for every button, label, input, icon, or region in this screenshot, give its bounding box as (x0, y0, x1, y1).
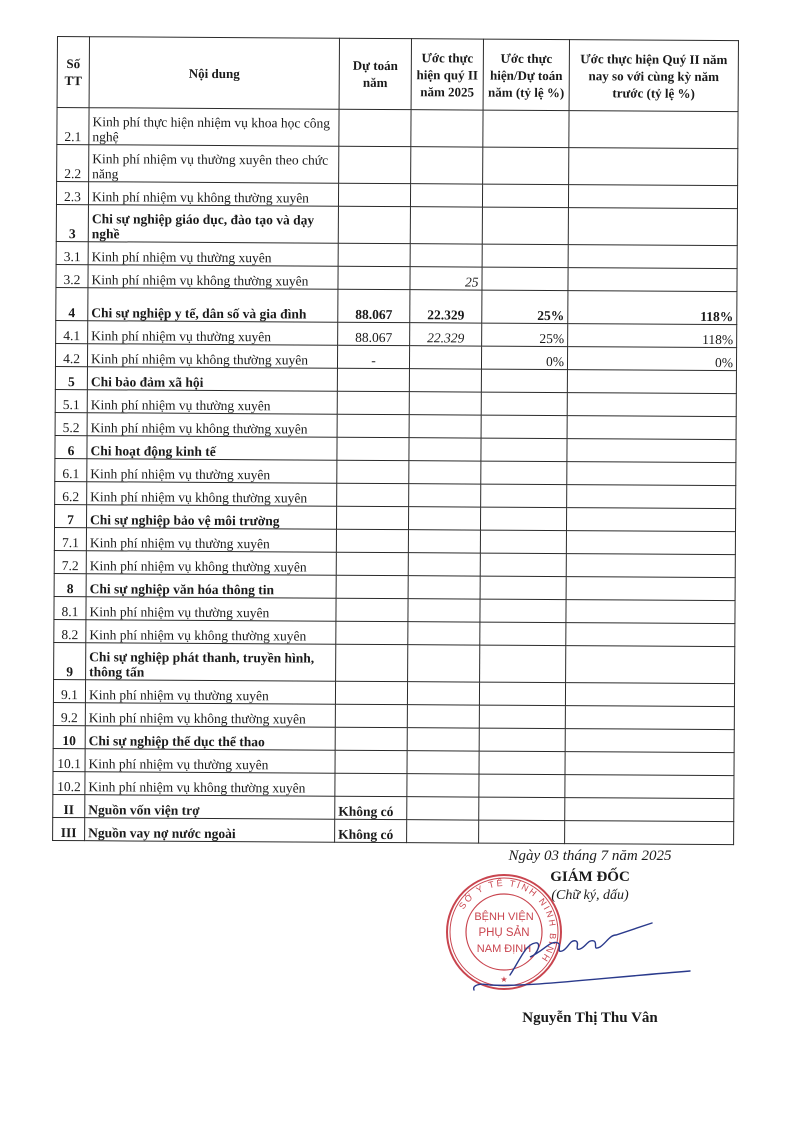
row-content: Kinh phí nhiệm vụ không thường xuyên (87, 482, 337, 507)
table-row: 7.2Kinh phí nhiệm vụ không thường xuyên (54, 550, 735, 577)
cung-ky-value (567, 393, 736, 417)
table-row: 9.2Kinh phí nhiệm vụ không thường xuyên (53, 702, 734, 729)
table-row: 2.2Kinh phí nhiệm vụ thường xuyên theo c… (57, 145, 738, 186)
row-content: Chi sự nghiệp giáo dục, đào tạo và dạy n… (88, 205, 338, 244)
ty-le-value (481, 415, 567, 439)
uoc-thuc-hien-value (408, 622, 480, 645)
du-toan-value: 88.067 (338, 289, 410, 322)
ty-le-value (479, 774, 565, 798)
row-content: Kinh phí thực hiện nhiệm vụ khoa học côn… (89, 108, 339, 147)
ty-le-value (479, 728, 565, 752)
table-row: 4.1Kinh phí nhiệm vụ thường xuyên88.0672… (56, 320, 737, 347)
cung-ky-value (565, 821, 734, 845)
uoc-thuc-hien-value (411, 147, 483, 184)
du-toan-value (336, 598, 408, 621)
row-number: II (53, 794, 85, 817)
uoc-thuc-hien-value (407, 682, 479, 705)
signer-name: Nguyễn Thị Thu Vân (460, 1010, 720, 1027)
ty-le-value (480, 507, 566, 531)
uoc-thuc-hien-value (408, 530, 480, 553)
row-number: 5.2 (55, 412, 87, 435)
row-content: Kinh phí nhiệm vụ thường xuyên (88, 321, 338, 346)
cung-ky-value (565, 729, 734, 753)
uoc-thuc-hien-value (410, 207, 482, 244)
du-toan-value (338, 183, 410, 206)
uoc-thuc-hien-value (409, 415, 481, 438)
row-content: Chi sự nghiệp thể dục thể thao (85, 726, 335, 751)
row-number: 6.2 (55, 481, 87, 504)
du-toan-value (335, 750, 407, 773)
cung-ky-value (566, 577, 735, 601)
row-number: 9.2 (53, 702, 85, 725)
row-number: 4 (56, 287, 88, 320)
budget-table: Số TT Nội dung Dự toán năm Ước thực hiện… (52, 36, 739, 845)
row-content: Chi sự nghiệp văn hóa thông tin (86, 574, 336, 599)
cung-ky-value: 118% (568, 324, 737, 348)
cung-ky-value (567, 462, 736, 486)
row-content: Kinh phí nhiệm vụ thường xuyên (85, 680, 335, 705)
signature-note: (Chữ ký, dấu) (460, 888, 720, 904)
du-toan-value (339, 109, 411, 146)
table-row: 5.1Kinh phí nhiệm vụ thường xuyên (55, 389, 736, 416)
du-toan-value: 88.067 (338, 322, 410, 345)
cung-ky-value: 0% (567, 347, 736, 371)
row-number: 4.1 (56, 320, 88, 343)
cung-ky-value (566, 623, 735, 647)
cung-ky-value (567, 370, 736, 394)
du-toan-value (337, 368, 409, 391)
row-content: Chi sự nghiệp bảo vệ môi trường (86, 505, 336, 530)
table-row: IINguồn vốn viện trợKhông có (53, 794, 734, 821)
cung-ky-value (566, 646, 735, 684)
table-row: 2.1Kinh phí thực hiện nhiệm vụ khoa học … (57, 108, 738, 149)
row-content: Chi sự nghiệp phát thanh, truyền hình, t… (86, 643, 336, 682)
header-du-toan: Dự toán năm (339, 38, 411, 109)
row-content: Kinh phí nhiệm vụ không thường xuyên (86, 551, 336, 576)
row-number: III (53, 817, 85, 840)
table-row: 8Chi sự nghiệp văn hóa thông tin (54, 573, 735, 600)
du-toan-value (335, 704, 407, 727)
row-number: 6 (55, 435, 87, 458)
cung-ky-value (569, 111, 738, 149)
ty-le-value (483, 110, 569, 148)
row-number: 9.1 (53, 679, 85, 702)
ty-le-value (480, 530, 566, 554)
row-content: Kinh phí nhiệm vụ không thường xuyên (87, 413, 337, 438)
uoc-thuc-hien-value (408, 507, 480, 530)
cung-ky-value: 118% (568, 291, 737, 325)
ty-le-value (481, 461, 567, 485)
cung-ky-value (566, 531, 735, 555)
ty-le-value (482, 267, 568, 291)
header-so-cung-ky: Ước thực hiện Quý II năm nay so với cùng… (569, 40, 738, 112)
document-page: Số TT Nội dung Dự toán năm Ước thực hiện… (0, 0, 795, 1123)
table-row: 8.1Kinh phí nhiệm vụ thường xuyên (54, 596, 735, 623)
table-row: 3Chi sự nghiệp giáo dục, đào tạo và dạy … (56, 204, 737, 245)
uoc-thuc-hien-value (409, 438, 481, 461)
ty-le-value (482, 184, 568, 208)
row-number: 8 (54, 573, 86, 596)
ty-le-value (482, 207, 568, 245)
uoc-thuc-hien-value (408, 553, 480, 576)
cung-ky-value (569, 148, 738, 186)
row-number: 10.1 (53, 748, 85, 771)
row-content: Kinh phí nhiệm vụ thường xuyên (88, 242, 338, 267)
cung-ky-value (567, 485, 736, 509)
uoc-thuc-hien-value (409, 484, 481, 507)
uoc-thuc-hien-value: 25 (410, 267, 482, 290)
row-content: Nguồn vay nợ nước ngoài (85, 818, 335, 843)
cung-ky-value (568, 268, 737, 292)
table-row: 3.2Kinh phí nhiệm vụ không thường xuyên2… (56, 264, 737, 291)
row-number: 10.2 (53, 771, 85, 794)
ty-le-value: 25% (482, 290, 568, 324)
cung-ky-value (565, 775, 734, 799)
row-content: Kinh phí nhiệm vụ thường xuyên (86, 597, 336, 622)
uoc-thuc-hien-value (410, 184, 482, 207)
du-toan-value (337, 414, 409, 437)
uoc-thuc-hien-value: 22.329 (410, 290, 482, 323)
row-number: 3 (56, 204, 88, 241)
cung-ky-value (567, 439, 736, 463)
table-row: 3.1Kinh phí nhiệm vụ thường xuyên (56, 241, 737, 268)
du-toan-value (338, 266, 410, 289)
header-stt: Số TT (57, 37, 89, 108)
ty-le-value (481, 392, 567, 416)
table-header-row: Số TT Nội dung Dự toán năm Ước thực hiện… (57, 37, 738, 112)
uoc-thuc-hien-value (407, 797, 479, 820)
table-row: IIINguồn vay nợ nước ngoàiKhông có (53, 817, 734, 844)
row-content: Kinh phí nhiệm vụ không thường xuyên (86, 620, 336, 645)
ty-le-value (482, 244, 568, 268)
du-toan-value (335, 773, 407, 796)
ty-le-value (480, 553, 566, 577)
cung-ky-value (565, 798, 734, 822)
du-toan-value (336, 506, 408, 529)
row-content: Kinh phí nhiệm vụ thường xuyên (85, 749, 335, 774)
cung-ky-value (565, 752, 734, 776)
ty-le-value (479, 820, 565, 844)
table-row: 9.1Kinh phí nhiệm vụ thường xuyên (53, 679, 734, 706)
row-content: Kinh phí nhiệm vụ thường xuyên theo chức… (89, 145, 339, 184)
table-row: 2.3Kinh phí nhiệm vụ không thường xuyên (56, 182, 737, 209)
row-content: Kinh phí nhiệm vụ thường xuyên (87, 390, 337, 415)
du-toan-value: - (337, 345, 409, 368)
table-row: 10Chi sự nghiệp thể dục thể thao (53, 725, 734, 752)
table-row: 9Chi sự nghiệp phát thanh, truyền hình, … (54, 642, 735, 683)
ty-le-value (483, 147, 569, 185)
row-content: Chi bảo đảm xã hội (87, 367, 337, 392)
cung-ky-value (566, 600, 735, 624)
signature-block: Ngày 03 tháng 7 năm 2025 GIÁM ĐỐC (Chữ k… (460, 848, 720, 904)
cung-ky-value (566, 508, 735, 532)
uoc-thuc-hien-value (408, 576, 480, 599)
header-noi-dung: Nội dung (89, 37, 339, 110)
uoc-thuc-hien-value (408, 645, 480, 682)
ty-le-value (480, 576, 566, 600)
table-row: 7Chi sự nghiệp bảo vệ môi trường (54, 504, 735, 531)
ty-le-value (480, 599, 566, 623)
table-row: 5.2Kinh phí nhiệm vụ không thường xuyên (55, 412, 736, 439)
du-toan-value: Không có (335, 819, 407, 842)
handwritten-signature-icon (470, 905, 700, 1000)
cung-ky-value (568, 208, 737, 246)
du-toan-value (339, 146, 411, 183)
du-toan-value: Không có (335, 796, 407, 819)
row-number: 2.1 (57, 108, 89, 145)
cung-ky-value (568, 185, 737, 209)
table-row: 4.2Kinh phí nhiệm vụ không thường xuyên-… (55, 343, 736, 370)
du-toan-value (336, 621, 408, 644)
row-number: 10 (53, 725, 85, 748)
ty-le-value (480, 622, 566, 646)
uoc-thuc-hien-value (411, 110, 483, 147)
header-uoc-thuc-hien: Ước thực hiện quý II năm 2025 (411, 39, 483, 110)
uoc-thuc-hien-value (409, 346, 481, 369)
ty-le-value (481, 438, 567, 462)
row-number: 7 (54, 504, 86, 527)
du-toan-value (335, 681, 407, 704)
ty-le-value (479, 682, 565, 706)
uoc-thuc-hien-value (407, 774, 479, 797)
uoc-thuc-hien-value (409, 369, 481, 392)
du-toan-value (338, 206, 410, 243)
table-row: 6.2Kinh phí nhiệm vụ không thường xuyên (55, 481, 736, 508)
header-ty-le-du-toan: Ước thực hiện/Dự toán năm (tỷ lệ %) (483, 39, 569, 111)
table-row: 10.2Kinh phí nhiệm vụ không thường xuyên (53, 771, 734, 798)
row-number: 9 (54, 642, 86, 679)
row-content: Chi hoạt động kinh tế (87, 436, 337, 461)
du-toan-value (337, 391, 409, 414)
row-number: 3.2 (56, 264, 88, 287)
du-toan-value (336, 644, 408, 681)
cung-ky-value (565, 706, 734, 730)
row-number: 8.2 (54, 619, 86, 642)
row-content: Chi sự nghiệp y tế, dân số và gia đình (88, 288, 338, 323)
ty-le-value (480, 645, 566, 683)
du-toan-value (335, 727, 407, 750)
signing-date: Ngày 03 tháng 7 năm 2025 (460, 848, 720, 865)
ty-le-value (481, 484, 567, 508)
row-number: 2.2 (57, 145, 89, 182)
row-content: Kinh phí nhiệm vụ thường xuyên (87, 459, 337, 484)
row-content: Kinh phí nhiệm vụ không thường xuyên (88, 182, 338, 207)
du-toan-value (336, 552, 408, 575)
uoc-thuc-hien-value (409, 392, 481, 415)
row-number: 6.1 (55, 458, 87, 481)
table-row: 10.1Kinh phí nhiệm vụ thường xuyên (53, 748, 734, 775)
table-body: 2.1Kinh phí thực hiện nhiệm vụ khoa học … (53, 108, 738, 845)
ty-le-value: 0% (481, 346, 567, 370)
row-content: Kinh phí nhiệm vụ không thường xuyên (85, 772, 335, 797)
row-content: Kinh phí nhiệm vụ không thường xuyên (85, 703, 335, 728)
row-number: 3.1 (56, 241, 88, 264)
cung-ky-value (565, 683, 734, 707)
row-number: 7.2 (54, 550, 86, 573)
row-number: 7.1 (54, 527, 86, 550)
uoc-thuc-hien-value (407, 705, 479, 728)
uoc-thuc-hien-value (407, 820, 479, 843)
uoc-thuc-hien-value (410, 244, 482, 267)
table-row: 7.1Kinh phí nhiệm vụ thường xuyên (54, 527, 735, 554)
table-row: 4Chi sự nghiệp y tế, dân số và gia đình8… (56, 287, 737, 324)
uoc-thuc-hien-value (407, 751, 479, 774)
ty-le-value (479, 705, 565, 729)
du-toan-value (337, 483, 409, 506)
cung-ky-value (566, 554, 735, 578)
uoc-thuc-hien-value (409, 461, 481, 484)
du-toan-value (338, 243, 410, 266)
row-number: 4.2 (55, 343, 87, 366)
table-row: 5Chi bảo đảm xã hội (55, 366, 736, 393)
table-row: 6.1Kinh phí nhiệm vụ thường xuyên (55, 458, 736, 485)
table-row: 8.2Kinh phí nhiệm vụ không thường xuyên (54, 619, 735, 646)
cung-ky-value (567, 416, 736, 440)
uoc-thuc-hien-value: 22.329 (410, 323, 482, 346)
du-toan-value (337, 460, 409, 483)
ty-le-value: 25% (482, 323, 568, 347)
ty-le-value (479, 751, 565, 775)
row-content: Nguồn vốn viện trợ (85, 795, 335, 820)
uoc-thuc-hien-value (407, 728, 479, 751)
ty-le-value (479, 797, 565, 821)
ty-le-value (481, 369, 567, 393)
row-content: Kinh phí nhiệm vụ không thường xuyên (88, 265, 338, 290)
signer-title: GIÁM ĐỐC (460, 869, 720, 886)
du-toan-value (336, 575, 408, 598)
row-number: 2.3 (56, 182, 88, 205)
row-content: Kinh phí nhiệm vụ không thường xuyên (87, 344, 337, 369)
table-row: 6Chi hoạt động kinh tế (55, 435, 736, 462)
du-toan-value (337, 437, 409, 460)
row-number: 5 (55, 366, 87, 389)
uoc-thuc-hien-value (408, 599, 480, 622)
du-toan-value (336, 529, 408, 552)
row-content: Kinh phí nhiệm vụ thường xuyên (86, 528, 336, 553)
cung-ky-value (568, 245, 737, 269)
row-number: 5.1 (55, 389, 87, 412)
row-number: 8.1 (54, 596, 86, 619)
